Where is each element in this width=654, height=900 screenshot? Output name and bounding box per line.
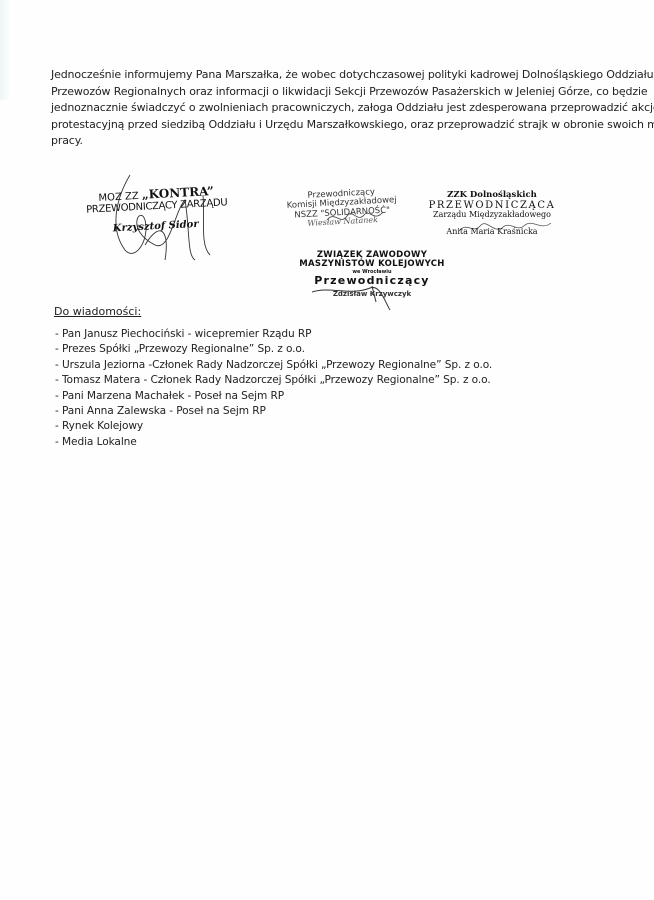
stamp-title: Przewodniczący: [292, 275, 452, 287]
signer-name: Krzysztof Sidor: [113, 217, 233, 234]
cc-recipient-list: - Pan Janusz Piechociński - wicepremier …: [55, 327, 492, 450]
list-item: - Pani Marzena Machałek - Poseł na Sejm …: [55, 389, 492, 404]
paragraph-line: pracy.: [51, 133, 611, 150]
list-item: - Pani Anna Zalewska - Poseł na Sejm RP: [55, 404, 492, 419]
body-paragraph: Jednocześnie informujemy Pana Marszałka,…: [51, 67, 611, 150]
stamp-board: Zarządu Międzyzakładowego: [417, 211, 567, 220]
stamp-zzk-dolnoslaskich: ZZK Dolnośląskich PRZEWODNICZĄCA Zarządu…: [417, 191, 567, 237]
signer-name: Zdzisław Krzywczyk: [292, 291, 452, 299]
cc-heading: Do wiadomości:: [54, 305, 141, 318]
paragraph-line: jednoznacznie świadczyć o zwolnieniach p…: [51, 100, 611, 117]
list-item: - Urszula Jeziorna -Członek Rady Nadzorc…: [55, 358, 492, 373]
signer-name: Anita Maria Kraśnicka: [417, 228, 567, 237]
list-item: - Prezes Spółki „Przewozy Regionalne” Sp…: [55, 342, 492, 357]
list-item: - Tomasz Matera - Członek Rady Nadzorcze…: [55, 373, 492, 388]
paragraph-line: Przewozów Regionalnych oraz informacji o…: [51, 84, 611, 101]
scanned-letter-page: Jednocześnie informujemy Pana Marszałka,…: [0, 0, 654, 900]
scan-edge-artifact: [0, 0, 10, 100]
stamp-nszz-solidarnosc: Przewodniczący Komisji Międzyzakładowej …: [271, 186, 413, 230]
stamp-zz-maszynistow: ZWIĄZEK ZAWODOWY MASZYNISTÓW KOLEJOWYCH …: [292, 251, 452, 299]
stamp-moz-zz-kontra: MOZ ZZ „KONTRA” PRZEWODNICZĄCY ZARZĄDU K…: [81, 184, 233, 236]
paragraph-line: Jednocześnie informujemy Pana Marszałka,…: [51, 67, 611, 84]
stamp-org-name: ZZK Dolnośląskich: [417, 191, 567, 200]
list-item: - Media Lokalne: [55, 435, 492, 450]
paragraph-line: protestacyjną przed siedzibą Oddziału i …: [51, 117, 611, 134]
list-item: - Rynek Kolejowy: [55, 419, 492, 434]
list-item: - Pan Janusz Piechociński - wicepremier …: [55, 327, 492, 342]
